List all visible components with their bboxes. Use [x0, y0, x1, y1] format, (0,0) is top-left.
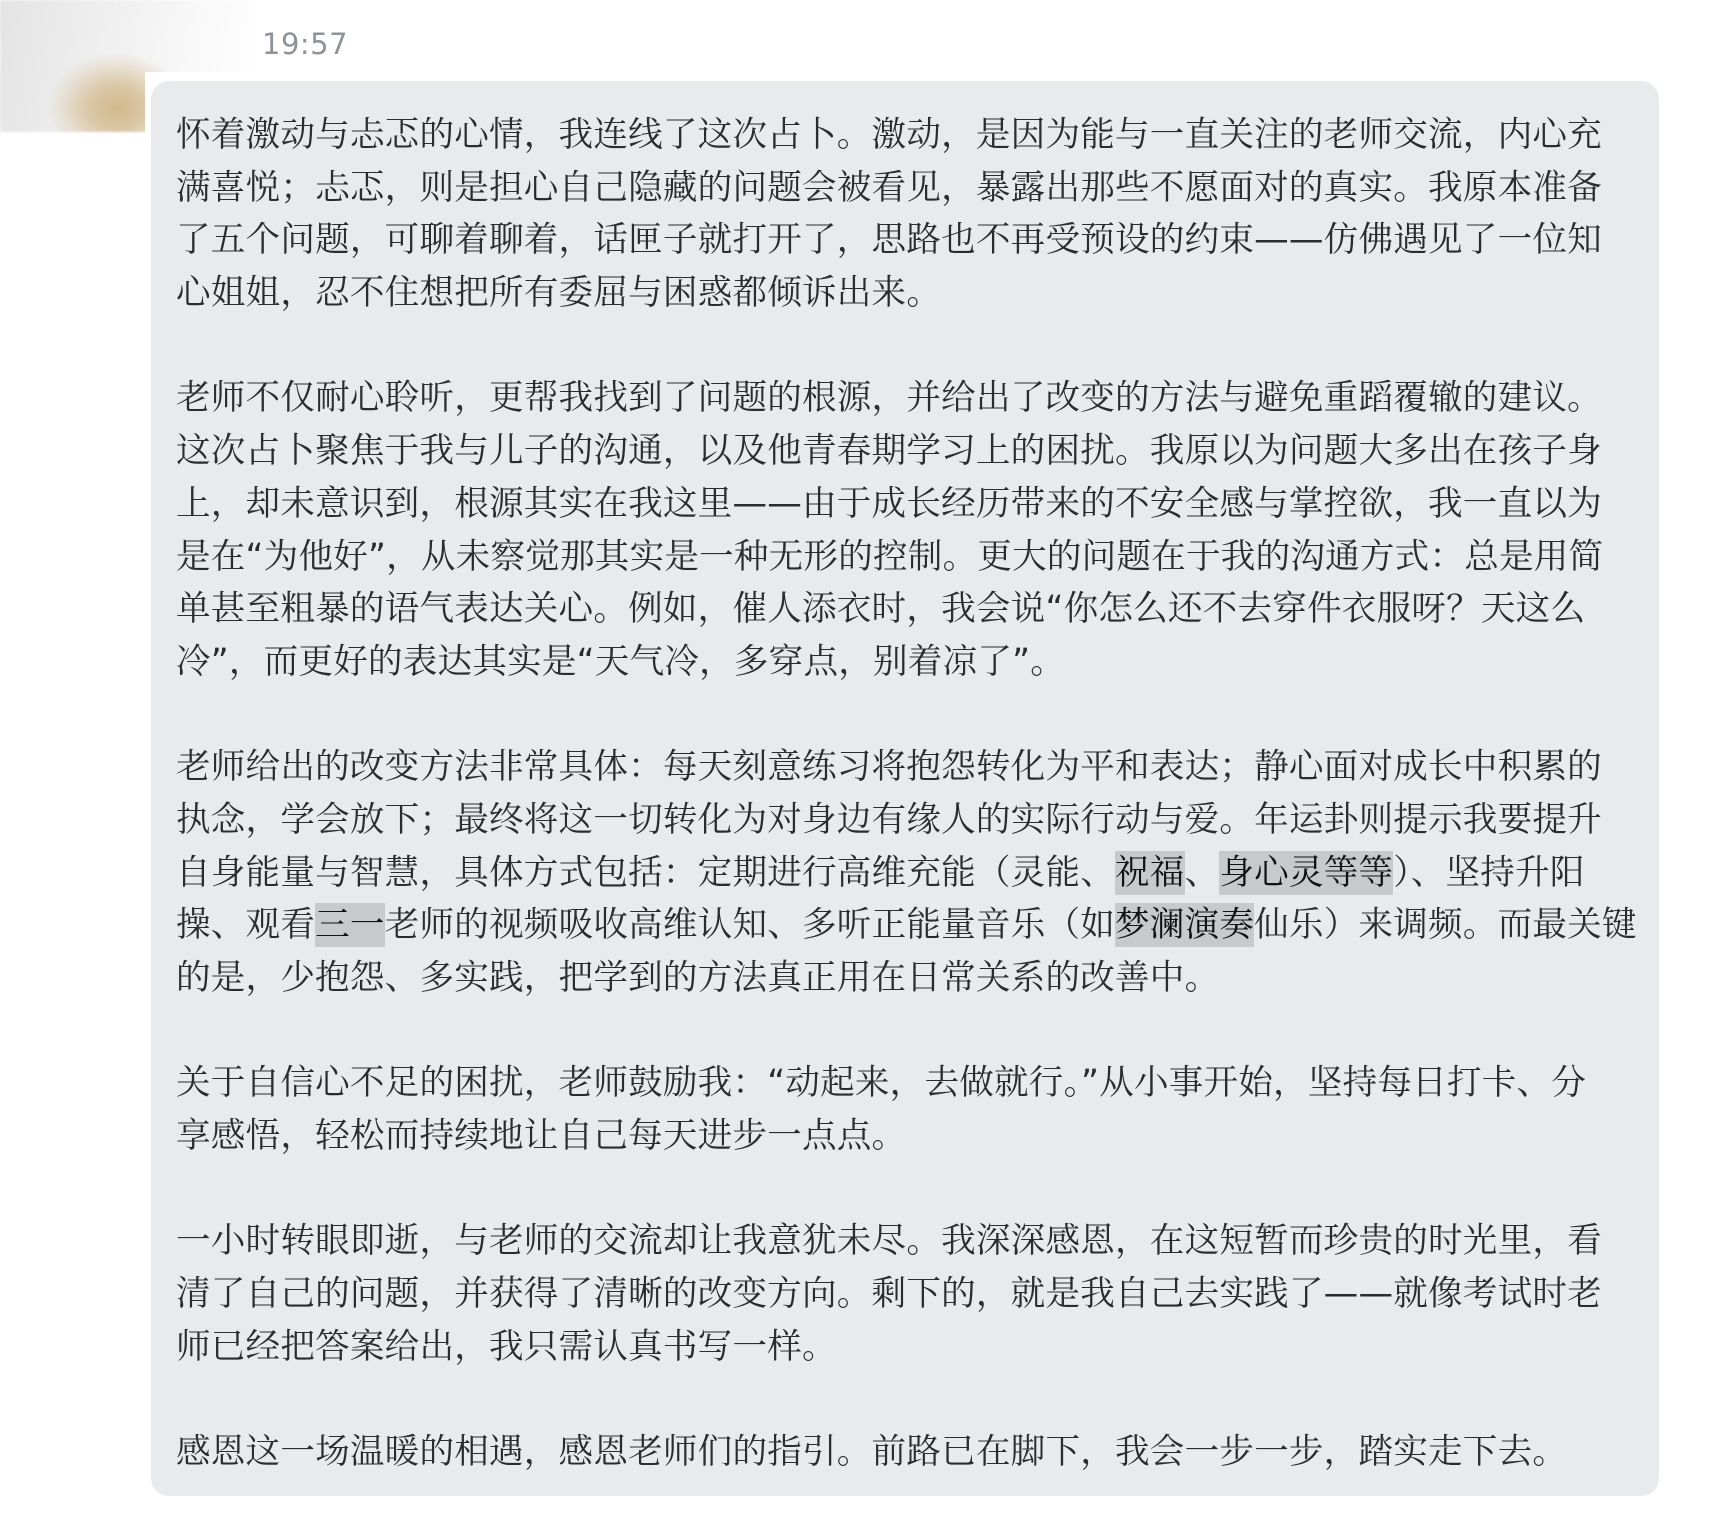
paragraph-break [176, 320, 1659, 373]
text-line: 师已经把答案给出，我只需认真书写一样。 [176, 1321, 1659, 1374]
text-line: 关于自信心不足的困扰，老师鼓励我：“动起来，去做就行。”从小事开始，坚持每日打卡… [176, 1057, 1659, 1110]
text-line: 感恩这一场温暖的相遇，感恩老师们的指引。前路已在脚下，我会一步一步，踏实走下去。 [176, 1426, 1659, 1479]
paragraph-break [176, 1163, 1659, 1216]
text-segment: ）、坚持升阳 [1393, 853, 1584, 893]
text-line: 满喜悦；忐忑，则是担心自己隐藏的问题会被看见，暴露出那些不愿面对的真实。我原本准… [176, 162, 1659, 215]
text-line: 了五个问题，可聊着聊着，话匣子就打开了，思路也不再受预设的约束——仿佛遇见了一位… [176, 214, 1659, 267]
text-line: 怀着激动与忐忑的心情，我连线了这次占卜。激动，是因为能与一直关注的老师交流，内心… [176, 109, 1659, 162]
text-segment: 自身能量与智慧，具体方式包括：定期进行高维充能（灵能、 [176, 853, 1115, 893]
text-line: 这次占卜聚焦于我与儿子的沟通，以及他青春期学习上的困扰。我原以为问题大多出在孩子… [176, 425, 1659, 478]
paragraph-break [176, 689, 1659, 742]
text-segment: 老师的视频吸收高维认知、多听正能量音乐（如 [385, 905, 1115, 945]
highlighted-text[interactable]: 三一 [315, 903, 385, 947]
message-timestamp: 19:57 [262, 26, 348, 62]
text-segment: 仙乐）来调频。而最关键 [1254, 905, 1637, 945]
paragraph-break [176, 1005, 1659, 1058]
message-bubble[interactable]: 怀着激动与忐忑的心情，我连线了这次占卜。激动，是因为能与一直关注的老师交流，内心… [151, 81, 1659, 1496]
highlighted-text[interactable]: 梦澜演奏 [1115, 903, 1254, 947]
text-line-with-highlights: 自身能量与智慧，具体方式包括：定期进行高维充能（灵能、祝福、身心灵等等）、坚持升… [176, 847, 1659, 900]
text-line: 执念，学会放下；最终将这一切转化为对身边有缘人的实际行动与爱。年运卦则提示我要提… [176, 794, 1659, 847]
text-segment: 、 [1185, 853, 1220, 893]
text-line: 心姐姐，忍不住想把所有委屈与困惑都倾诉出来。 [176, 267, 1659, 320]
text-line: 冷”，而更好的表达其实是“天气冷，多穿点，别着凉了”。 [176, 636, 1659, 689]
text-line: 老师给出的改变方法非常具体：每天刻意练习将抱怨转化为平和表达；静心面对成长中积累… [176, 741, 1659, 794]
text-line: 是在“为他好”，从未察觉那其实是一种无形的控制。更大的问题在于我的沟通方式：总是… [176, 531, 1659, 584]
paragraph-break [176, 1374, 1659, 1427]
text-line: 一小时转眼即逝，与老师的交流却让我意犹未尽。我深深感恩，在这短暂而珍贵的时光里，… [176, 1215, 1659, 1268]
text-line: 清了自己的问题，并获得了清晰的改变方向。剩下的，就是我自己去实践了——就像考试时… [176, 1268, 1659, 1321]
text-line: 的是，少抱怨、多实践，把学到的方法真正用在日常关系的改善中。 [176, 952, 1659, 1005]
text-line: 上，却未意识到，根源其实在我这里——由于成长经历带来的不安全感与掌控欲，我一直以… [176, 478, 1659, 531]
highlighted-text[interactable]: 祝福 [1115, 851, 1185, 895]
highlighted-text[interactable]: 身心灵等等 [1219, 851, 1393, 895]
text-line: 单甚至粗暴的语气表达关心。例如，催人添衣时，我会说“你怎么还不去穿件衣服呀？天这… [176, 583, 1659, 636]
text-line: 享感悟，轻松而持续地让自己每天进步一点点。 [176, 1110, 1659, 1163]
text-line: 老师不仅耐心聆听，更帮我找到了问题的根源，并给出了改变的方法与避免重蹈覆辙的建议… [176, 372, 1659, 425]
text-line-with-highlights: 操、观看三一老师的视频吸收高维认知、多听正能量音乐（如梦澜演奏仙乐）来调频。而最… [176, 899, 1659, 952]
text-segment: 操、观看 [176, 905, 315, 945]
